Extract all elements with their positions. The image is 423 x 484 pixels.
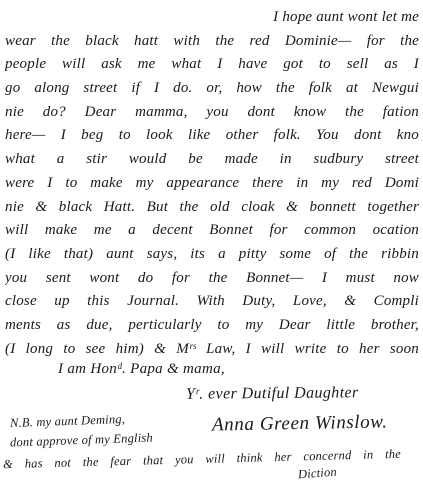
letter-line: were I to make my appearance there in my… <box>5 172 419 196</box>
closing-valediction: Yʳ. ever Dutiful Daughter <box>186 384 359 404</box>
letter-line: I hope aunt wont let me <box>5 6 419 30</box>
letter-line: nie do? Dear mamma, you dont know the fa… <box>5 101 419 125</box>
letter-line: will make me a decent Bonnet for common … <box>5 219 419 243</box>
letter-line: nie & black Hatt. But the old cloak & bo… <box>5 196 419 220</box>
letter-line: you sent wont do for the Bonnet— I must … <box>5 267 419 291</box>
signature: Anna Green Winslow. <box>212 411 388 436</box>
letter-line: wear the black hatt with the red Dominie… <box>5 30 419 54</box>
postscript-line: dont approve of my English <box>10 431 153 451</box>
postscript-line: Diction <box>298 465 338 483</box>
letter-body: I hope aunt wont let me wear the black h… <box>5 6 419 361</box>
letter-line: go along street if I do. or, how the fol… <box>5 77 419 101</box>
letter-line: ments as due, perticularly to my Dear li… <box>5 314 419 338</box>
handwritten-letter-page: I hope aunt wont let me wear the black h… <box>0 0 423 484</box>
letter-line: what a stir would be made in sudbury str… <box>5 148 419 172</box>
letter-line: people will ask me what I have got to se… <box>5 53 419 77</box>
letter-line: (I long to see him) & Mʳˢ Law, I will wr… <box>5 338 419 362</box>
postscript-line: & has not the fear that you will think h… <box>3 447 401 472</box>
letter-line: close up this Journal. With Duty, Love, … <box>5 290 419 314</box>
letter-line: here— I beg to look like other folk. You… <box>5 124 419 148</box>
closing-attestation: I am Honᵈ. Papa & mama, <box>58 361 225 378</box>
letter-line: (I like that) aunt says, its a pitty som… <box>5 243 419 267</box>
postscript-line: N.B. my aunt Deming, <box>10 412 126 431</box>
